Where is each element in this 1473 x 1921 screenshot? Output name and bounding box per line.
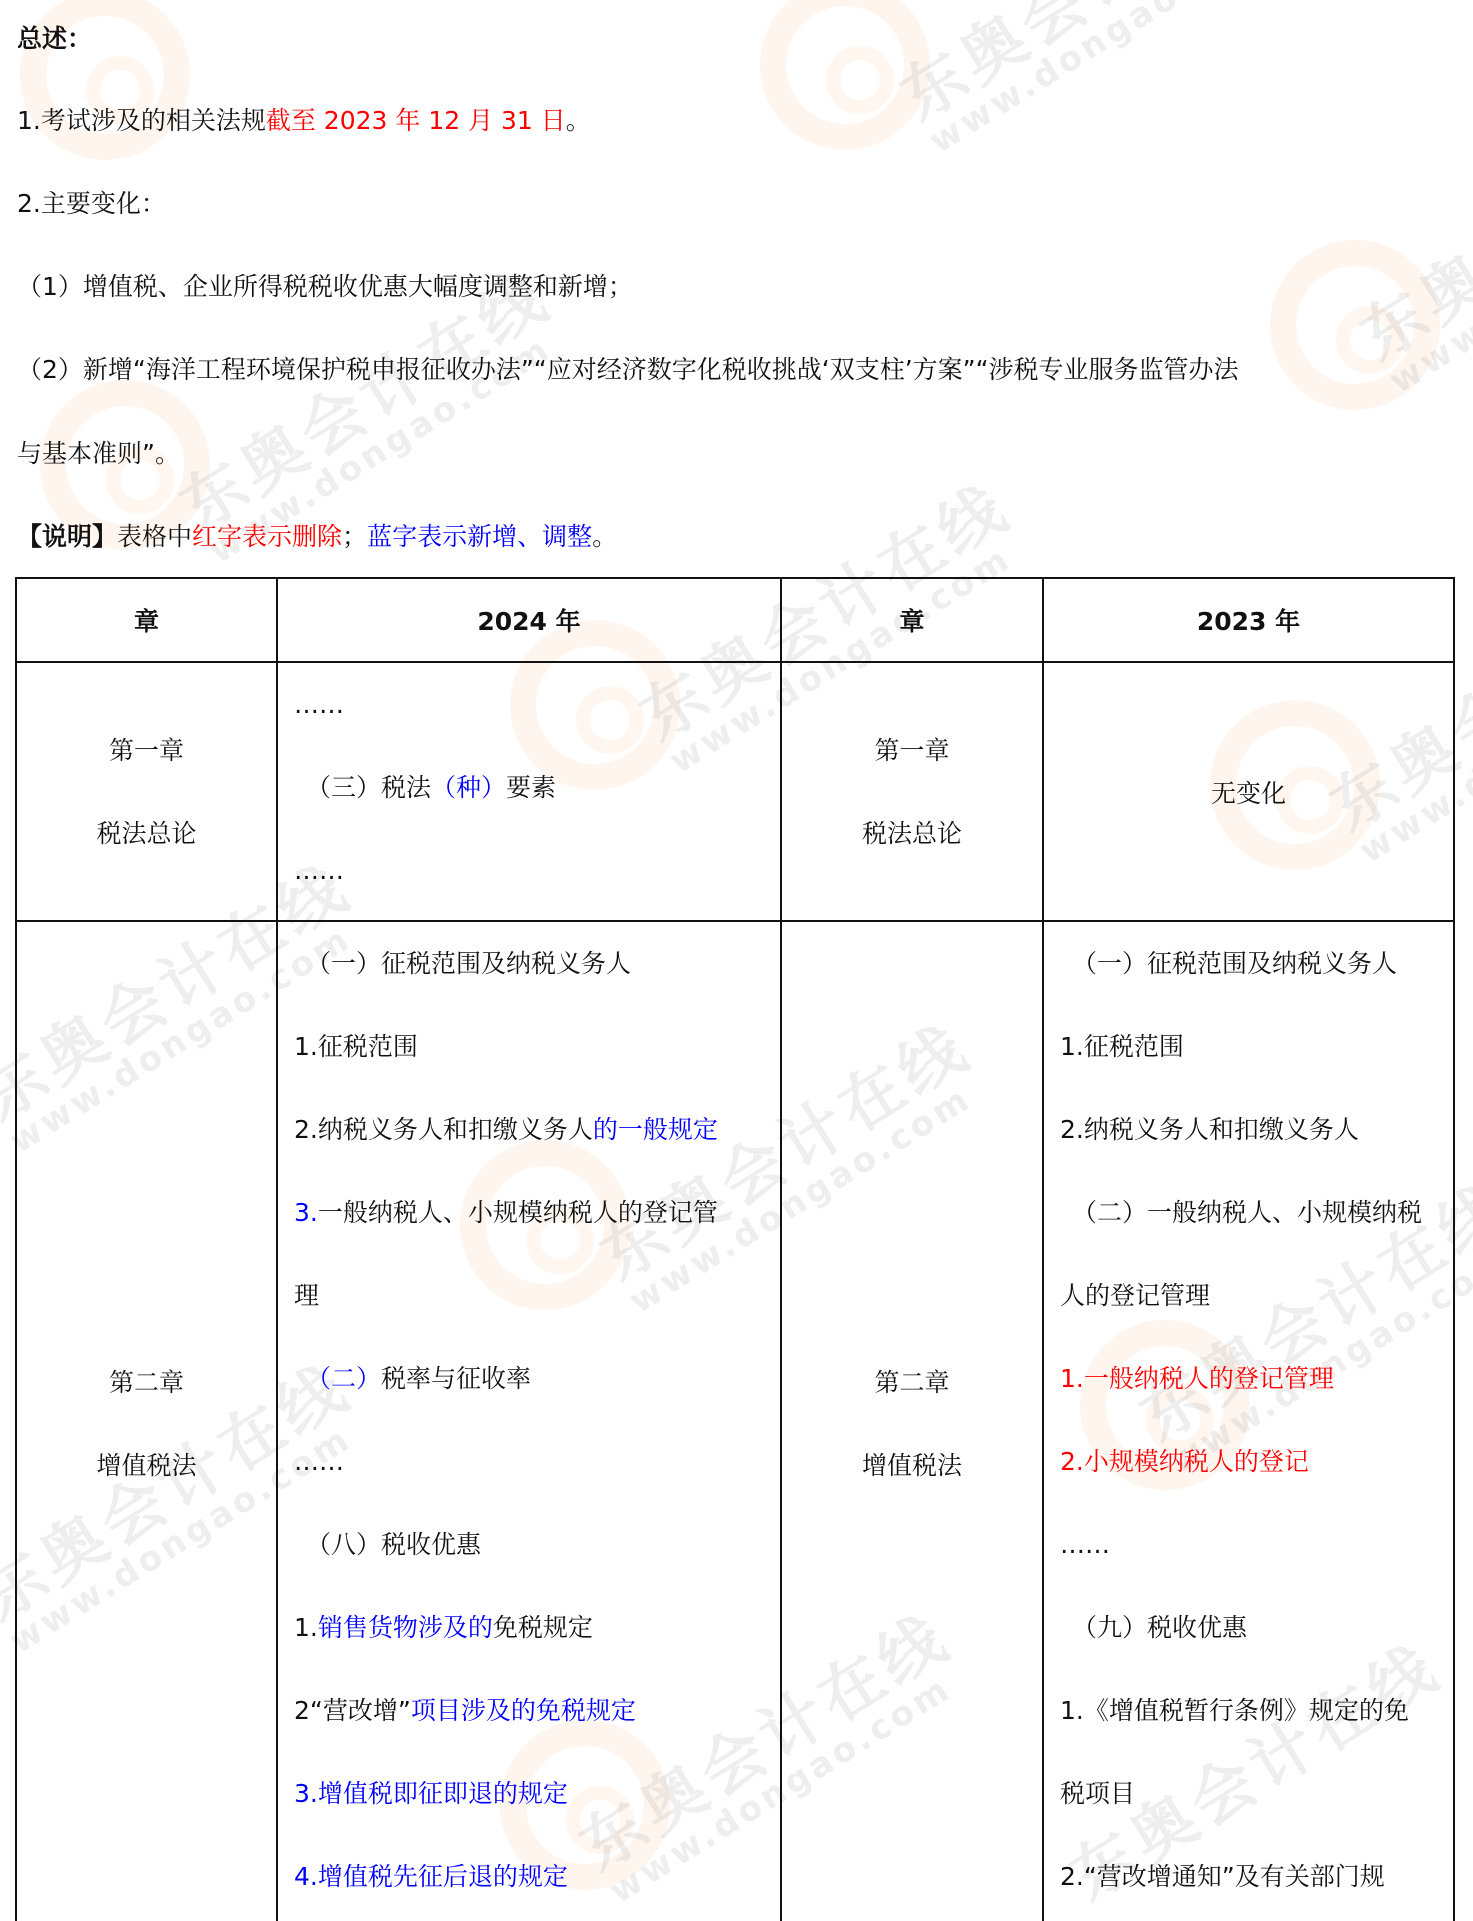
chapter-cell: 第二章 增值税法 [16,921,277,1921]
table-row: 第一章 税法总论 …… （三）税法（种）要素 …… 第一章 税法总论 无变化 [16,662,1454,921]
comparison-table: 章 2024 年 章 2023 年 第一章 税法总论 …… （三）税法（种）要素… [15,577,1455,1921]
legend-note: 【说明】表格中红字表示删除；蓝字表示新增、调整。 [17,520,617,554]
content-2023-cell: （一）征税范围及纳税义务人 1.征税范围 2.纳税义务人和扣缴义务人 （二）一般… [1043,921,1454,1921]
watermark-logo-icon [760,0,930,150]
header-chapter-2023: 章 [781,578,1043,662]
watermark-logo-icon [1270,240,1440,410]
summary-item-2: 2.主要变化： [17,187,166,221]
summary-sub-1: （1）增值税、企业所得税税收优惠大幅度调整和新增； [17,270,633,304]
table-header-row: 章 2024 年 章 2023 年 [16,578,1454,662]
chapter-cell: 第二章 增值税法 [781,921,1043,1921]
header-2024: 2024 年 [277,578,781,662]
chapter-cell: 第一章 税法总论 [16,662,277,921]
header-2023: 2023 年 [1043,578,1454,662]
legend-red: 红字表示删除 [192,522,342,551]
summary-item-1: 1.考试涉及的相关法规截至 2023 年 12 月 31 日。 [17,104,591,138]
summary-sub-2-line-1: （2）新增“海洋工程环境保护税申报征收办法”“应对经济数字化税收挑战‘双支柱’方… [17,353,1239,387]
content-2024-cell: （一）征税范围及纳税义务人 1.征税范围 2.纳税义务人和扣缴义务人的一般规定 … [277,921,781,1921]
summary-heading: 总述： [17,22,92,56]
deadline-highlight: 截至 2023 年 12 月 31 日 [266,106,566,135]
content-2024-cell: …… （三）税法（种）要素 …… [277,662,781,921]
legend-blue: 蓝字表示新增、调整 [367,522,592,551]
chapter-cell: 第一章 税法总论 [781,662,1043,921]
summary-sub-2-line-2: 与基本准则”。 [17,437,180,471]
content-2023-cell: 无变化 [1043,662,1454,921]
header-chapter-2024: 章 [16,578,277,662]
table-row: 第二章 增值税法 （一）征税范围及纳税义务人 1.征税范围 2.纳税义务人和扣缴… [16,921,1454,1921]
